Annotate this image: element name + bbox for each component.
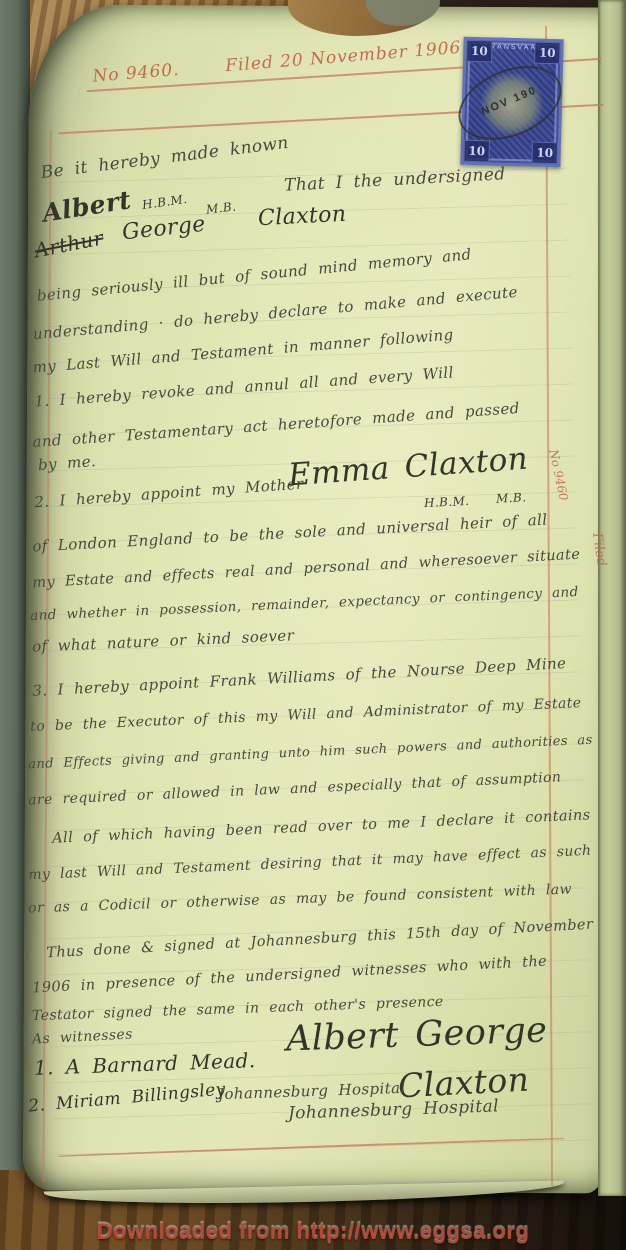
testator-signature-line2: Claxton (397, 1063, 530, 1103)
eggsa-watermark: Downloaded from http://www.eggsa.org (97, 1219, 530, 1245)
testator-surname: Claxton (257, 204, 346, 231)
transvaal-revenue-stamp: TRANSVAAL 10 10 10 10 NOV 190 (460, 37, 563, 168)
testator-signature-line1: Albert George (285, 1013, 547, 1057)
underlying-folio-edges (598, 0, 626, 1196)
mother-correction-initials-2: M.B. (496, 491, 527, 505)
mother-correction-initials-1: H.B.M. (424, 495, 470, 509)
stamp-value-bottom-right: 10 (531, 142, 558, 165)
photographed-will-page: No 9460.Filed 20 November 1906. TRANSVAA… (0, 0, 626, 1250)
correction-initials-2: M.B. (205, 200, 236, 215)
will-body-line: by me. (38, 454, 97, 473)
stamp-value-top-right: 10 (534, 42, 561, 65)
stamp-value-top-left: 10 (466, 40, 493, 63)
stamp-value-bottom-left: 10 (463, 140, 490, 163)
